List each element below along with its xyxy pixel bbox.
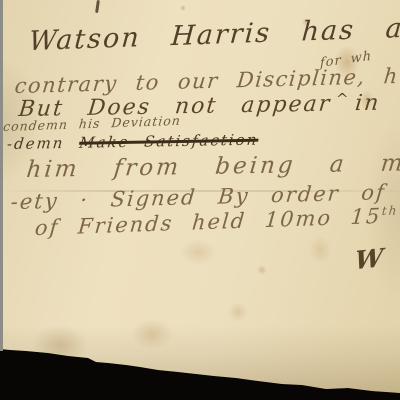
struck-line-prefix: -demn — [6, 134, 65, 153]
date-ordinal: th — [381, 203, 399, 218]
signature-initial: W — [354, 243, 384, 275]
photo-left-edge — [0, 0, 3, 351]
strikethrough-text: Make Satisfaction — [78, 131, 259, 152]
document-photo: Watson Harris has acco for wh ^ contrary… — [0, 0, 400, 400]
